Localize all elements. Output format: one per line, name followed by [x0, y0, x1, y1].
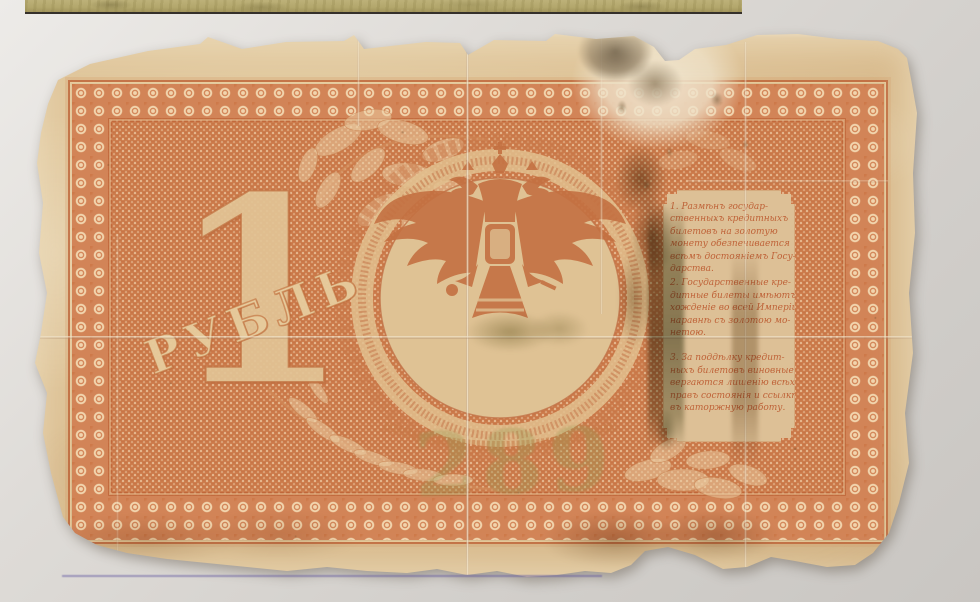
scanner-shadow-line [62, 575, 602, 577]
scanned-photo-scene: 1 РУБЛЬ 1. Размѣнъ государ-ственныхъ кре… [0, 0, 980, 602]
aging-vignette [28, 34, 920, 580]
banknote-shadow-wrapper: 1 РУБЛЬ 1. Размѣнъ государ-ственныхъ кре… [0, 0, 980, 602]
banknote: 1 РУБЛЬ 1. Размѣнъ государ-ственныхъ кре… [28, 34, 920, 580]
